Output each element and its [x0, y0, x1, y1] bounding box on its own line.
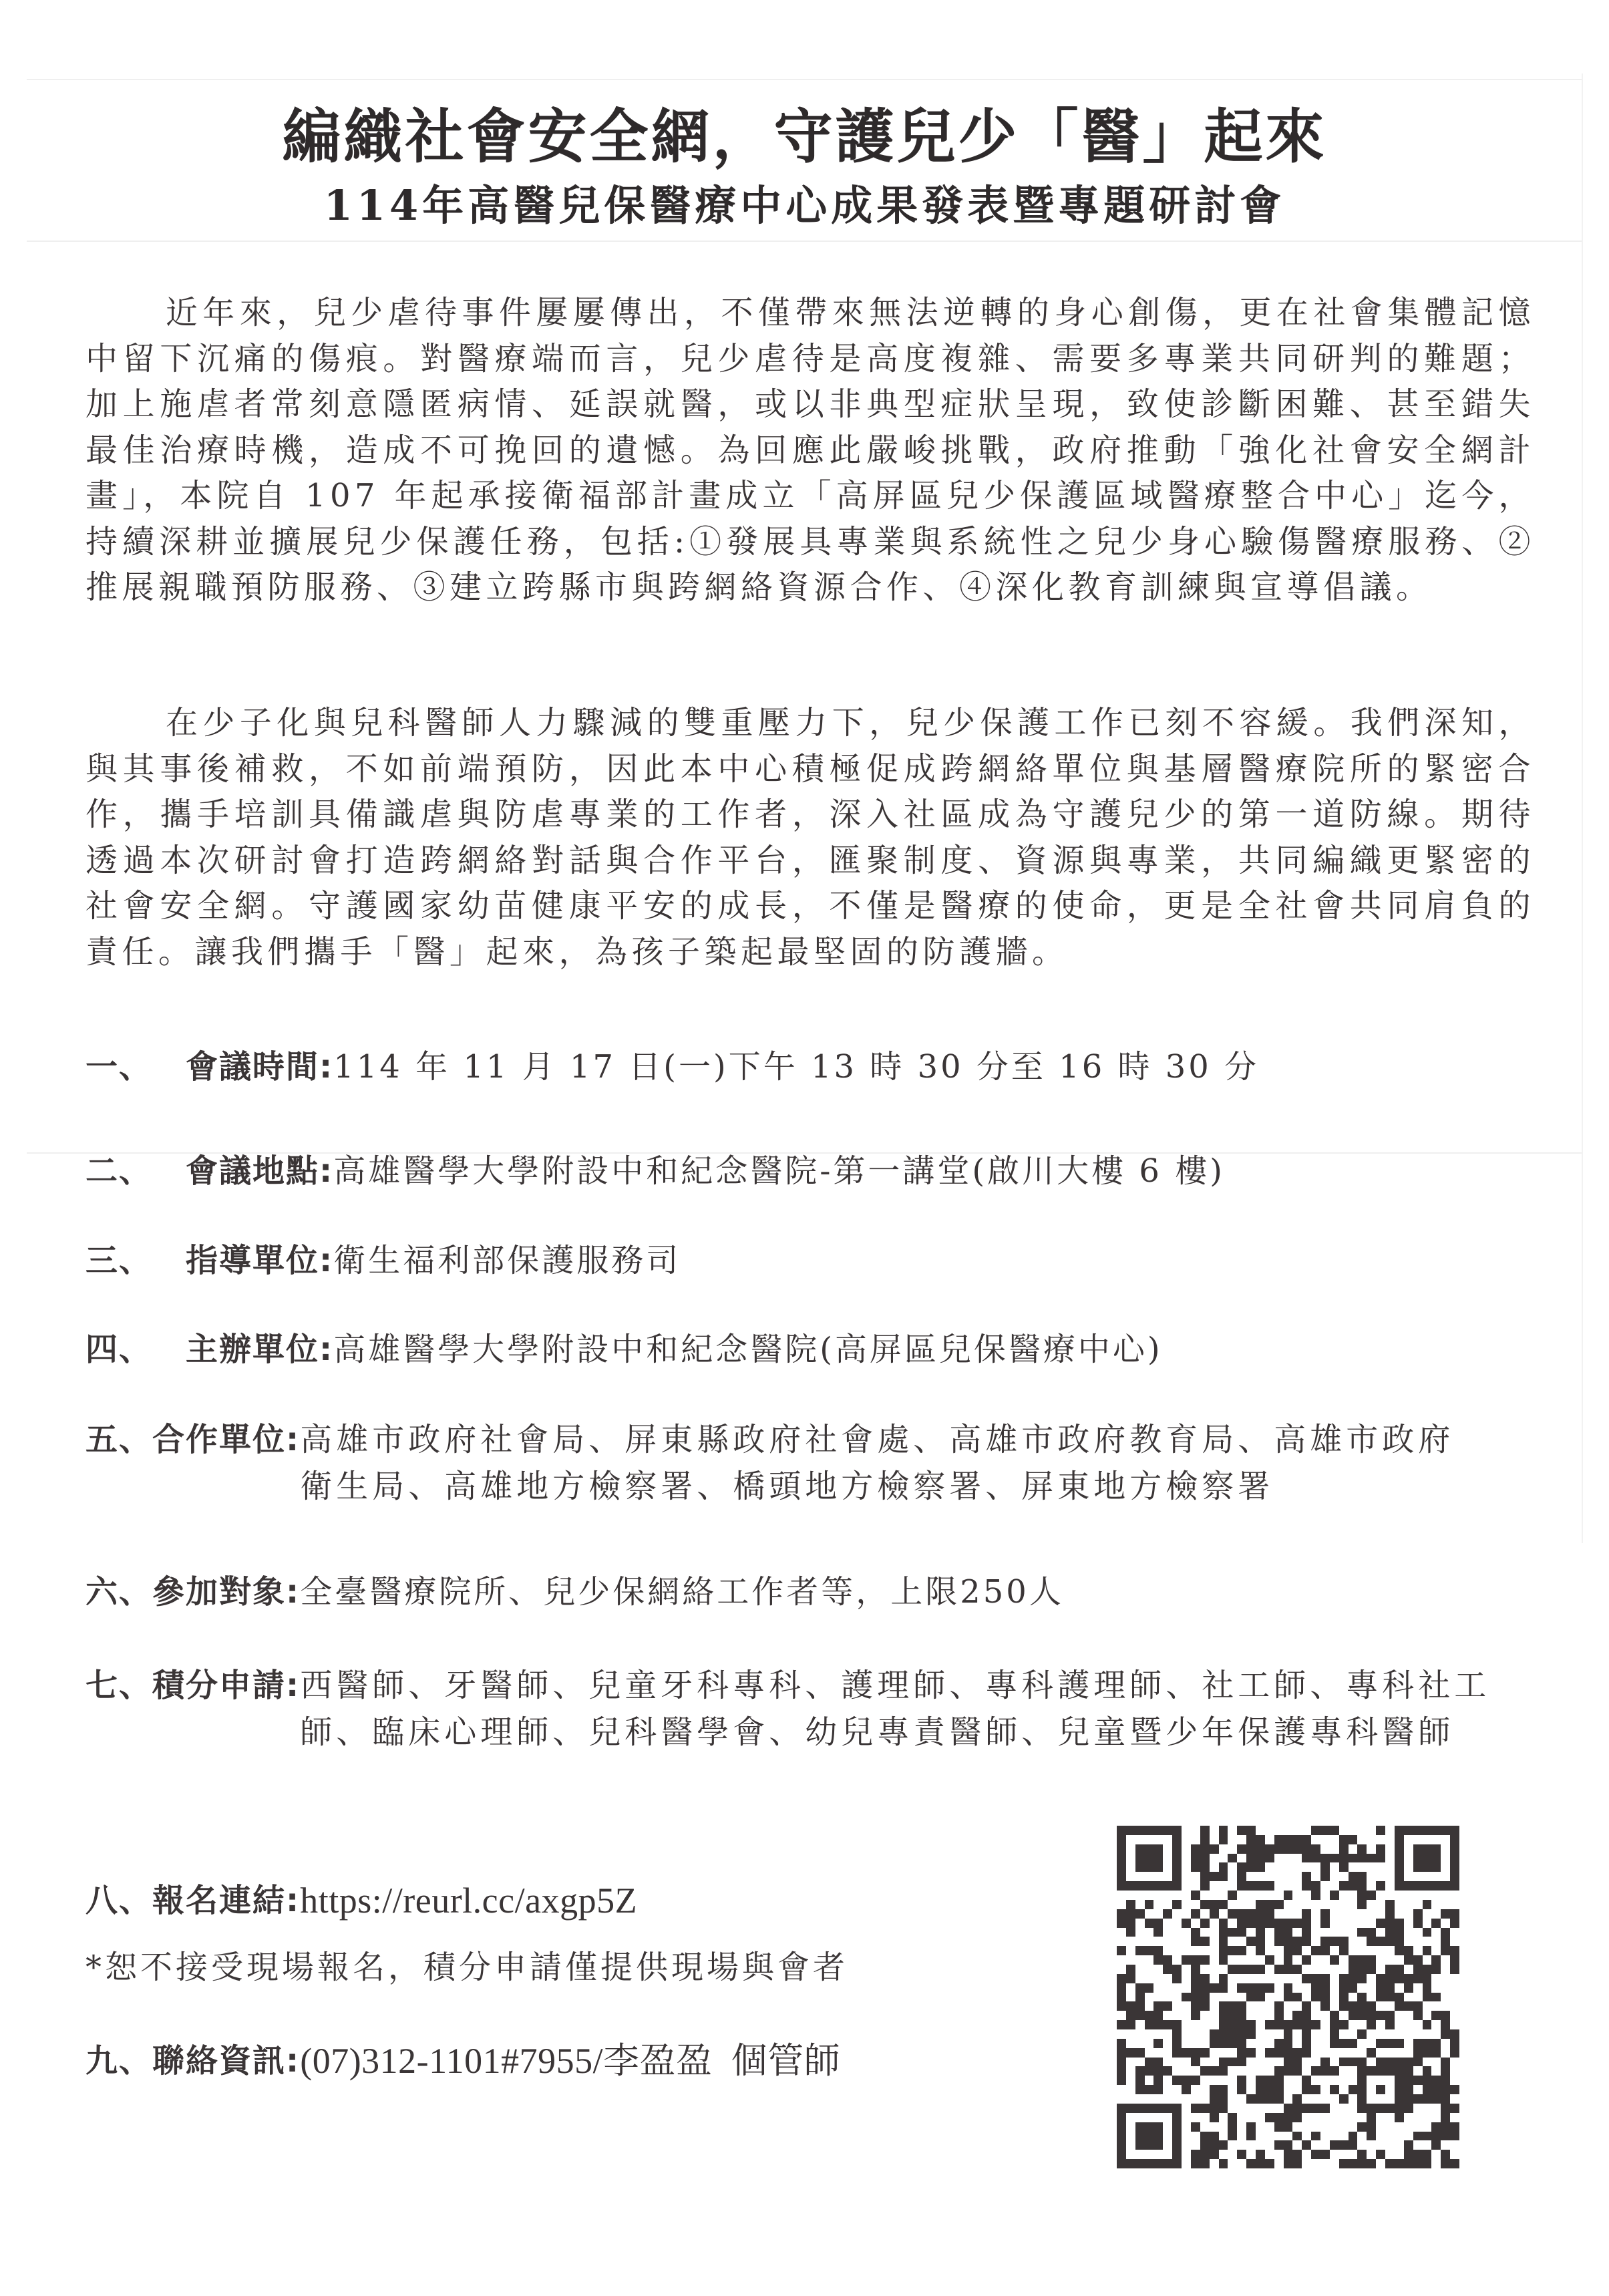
item-value: 全臺醫療院所、兒少保網絡工作者等，上限250人	[300, 1569, 1064, 1615]
item-label: 參加對象:	[152, 1569, 300, 1615]
item-value: (07)312-1101#7955/李盈盈 個管師	[300, 2037, 840, 2084]
item-number: 四、	[85, 1326, 186, 1373]
item-label: 主辦單位:	[186, 1326, 333, 1373]
item-value: 西醫師、牙醫師、兒童牙科專科、護理師、專科護理師、社工師、專科社工師、臨床心理師…	[300, 1662, 1502, 1756]
item-value: 衛生福利部保護服務司	[333, 1237, 681, 1284]
intro-paragraph: 近年來，兒少虐待事件屢屢傳出，不僅帶來無法逆轉的身心創傷，更在社會集體記憶中留下…	[85, 290, 1535, 611]
item-value: 高雄醫學大學附設中和紀念醫院-第一講堂(啟川大樓 6 樓)	[333, 1148, 1225, 1194]
info-item-time: 一、 會議時間: 114 年 11 月 17 日(一)下午 13 時 30 分至…	[85, 1043, 1542, 1090]
item-number: 三、	[85, 1237, 186, 1284]
intro-paragraph: 在少子化與兒科醫師人力驟減的雙重壓力下，兒少保護工作已刻不容緩。我們深知，與其事…	[85, 700, 1535, 975]
scan-artifact-line	[1582, 73, 1583, 1543]
document-subtitle: 114年高醫兒保醫療中心成果發表暨專題研討會	[0, 179, 1609, 232]
registration-link[interactable]: https://reurl.cc/axgp5Z	[300, 1877, 637, 1924]
item-number: 二、	[85, 1148, 186, 1194]
item-label: 聯絡資訊:	[152, 2037, 300, 2084]
info-item-audience: 六、 參加對象: 全臺醫療院所、兒少保網絡工作者等，上限250人	[85, 1569, 1542, 1615]
item-number: 一、	[85, 1043, 186, 1090]
item-number: 六、	[85, 1569, 152, 1615]
info-item-location: 二、 會議地點: 高雄醫學大學附設中和紀念醫院-第一講堂(啟川大樓 6 樓)	[85, 1148, 1542, 1194]
item-value: 高雄醫學大學附設中和紀念醫院(高屏區兒保醫療中心)	[333, 1326, 1162, 1373]
item-value: 114 年 11 月 17 日(一)下午 13 時 30 分至 16 時 30 …	[333, 1043, 1259, 1090]
item-value: 高雄市政府社會局、屏東縣政府社會處、高雄市政府教育局、高雄市政府衛生局、高雄地方…	[300, 1416, 1482, 1510]
registration-note: *恕不接受現場報名，積分申請僅提供現場與會者	[85, 1944, 848, 1991]
document-title: 編織社會安全網，守護兒少「醫」起來	[0, 100, 1609, 174]
item-number: 七、	[85, 1662, 152, 1709]
item-number: 九、	[85, 2037, 152, 2084]
item-label: 會議時間:	[186, 1043, 333, 1090]
info-item-partners: 五、 合作單位: 高雄市政府社會局、屏東縣政府社會處、高雄市政府教育局、高雄市政…	[85, 1416, 1542, 1510]
item-number: 五、	[85, 1416, 152, 1463]
item-label: 指導單位:	[186, 1237, 333, 1284]
item-number: 八、	[85, 1877, 152, 1924]
scan-artifact-line	[27, 79, 1582, 80]
item-label: 會議地點:	[186, 1148, 333, 1194]
item-label: 合作單位:	[152, 1416, 300, 1463]
info-item-supervisor: 三、 指導單位: 衛生福利部保護服務司	[85, 1237, 1542, 1284]
info-item-credits: 七、 積分申請: 西醫師、牙醫師、兒童牙科專科、護理師、專科護理師、社工師、專科…	[85, 1662, 1542, 1756]
item-label: 積分申請:	[152, 1662, 300, 1709]
info-item-organizer: 四、 主辦單位: 高雄醫學大學附設中和紀念醫院(高屏區兒保醫療中心)	[85, 1326, 1542, 1373]
scan-artifact-line	[27, 240, 1582, 242]
item-label: 報名連結:	[152, 1877, 300, 1924]
qr-code-icon[interactable]	[1117, 1826, 1459, 2168]
